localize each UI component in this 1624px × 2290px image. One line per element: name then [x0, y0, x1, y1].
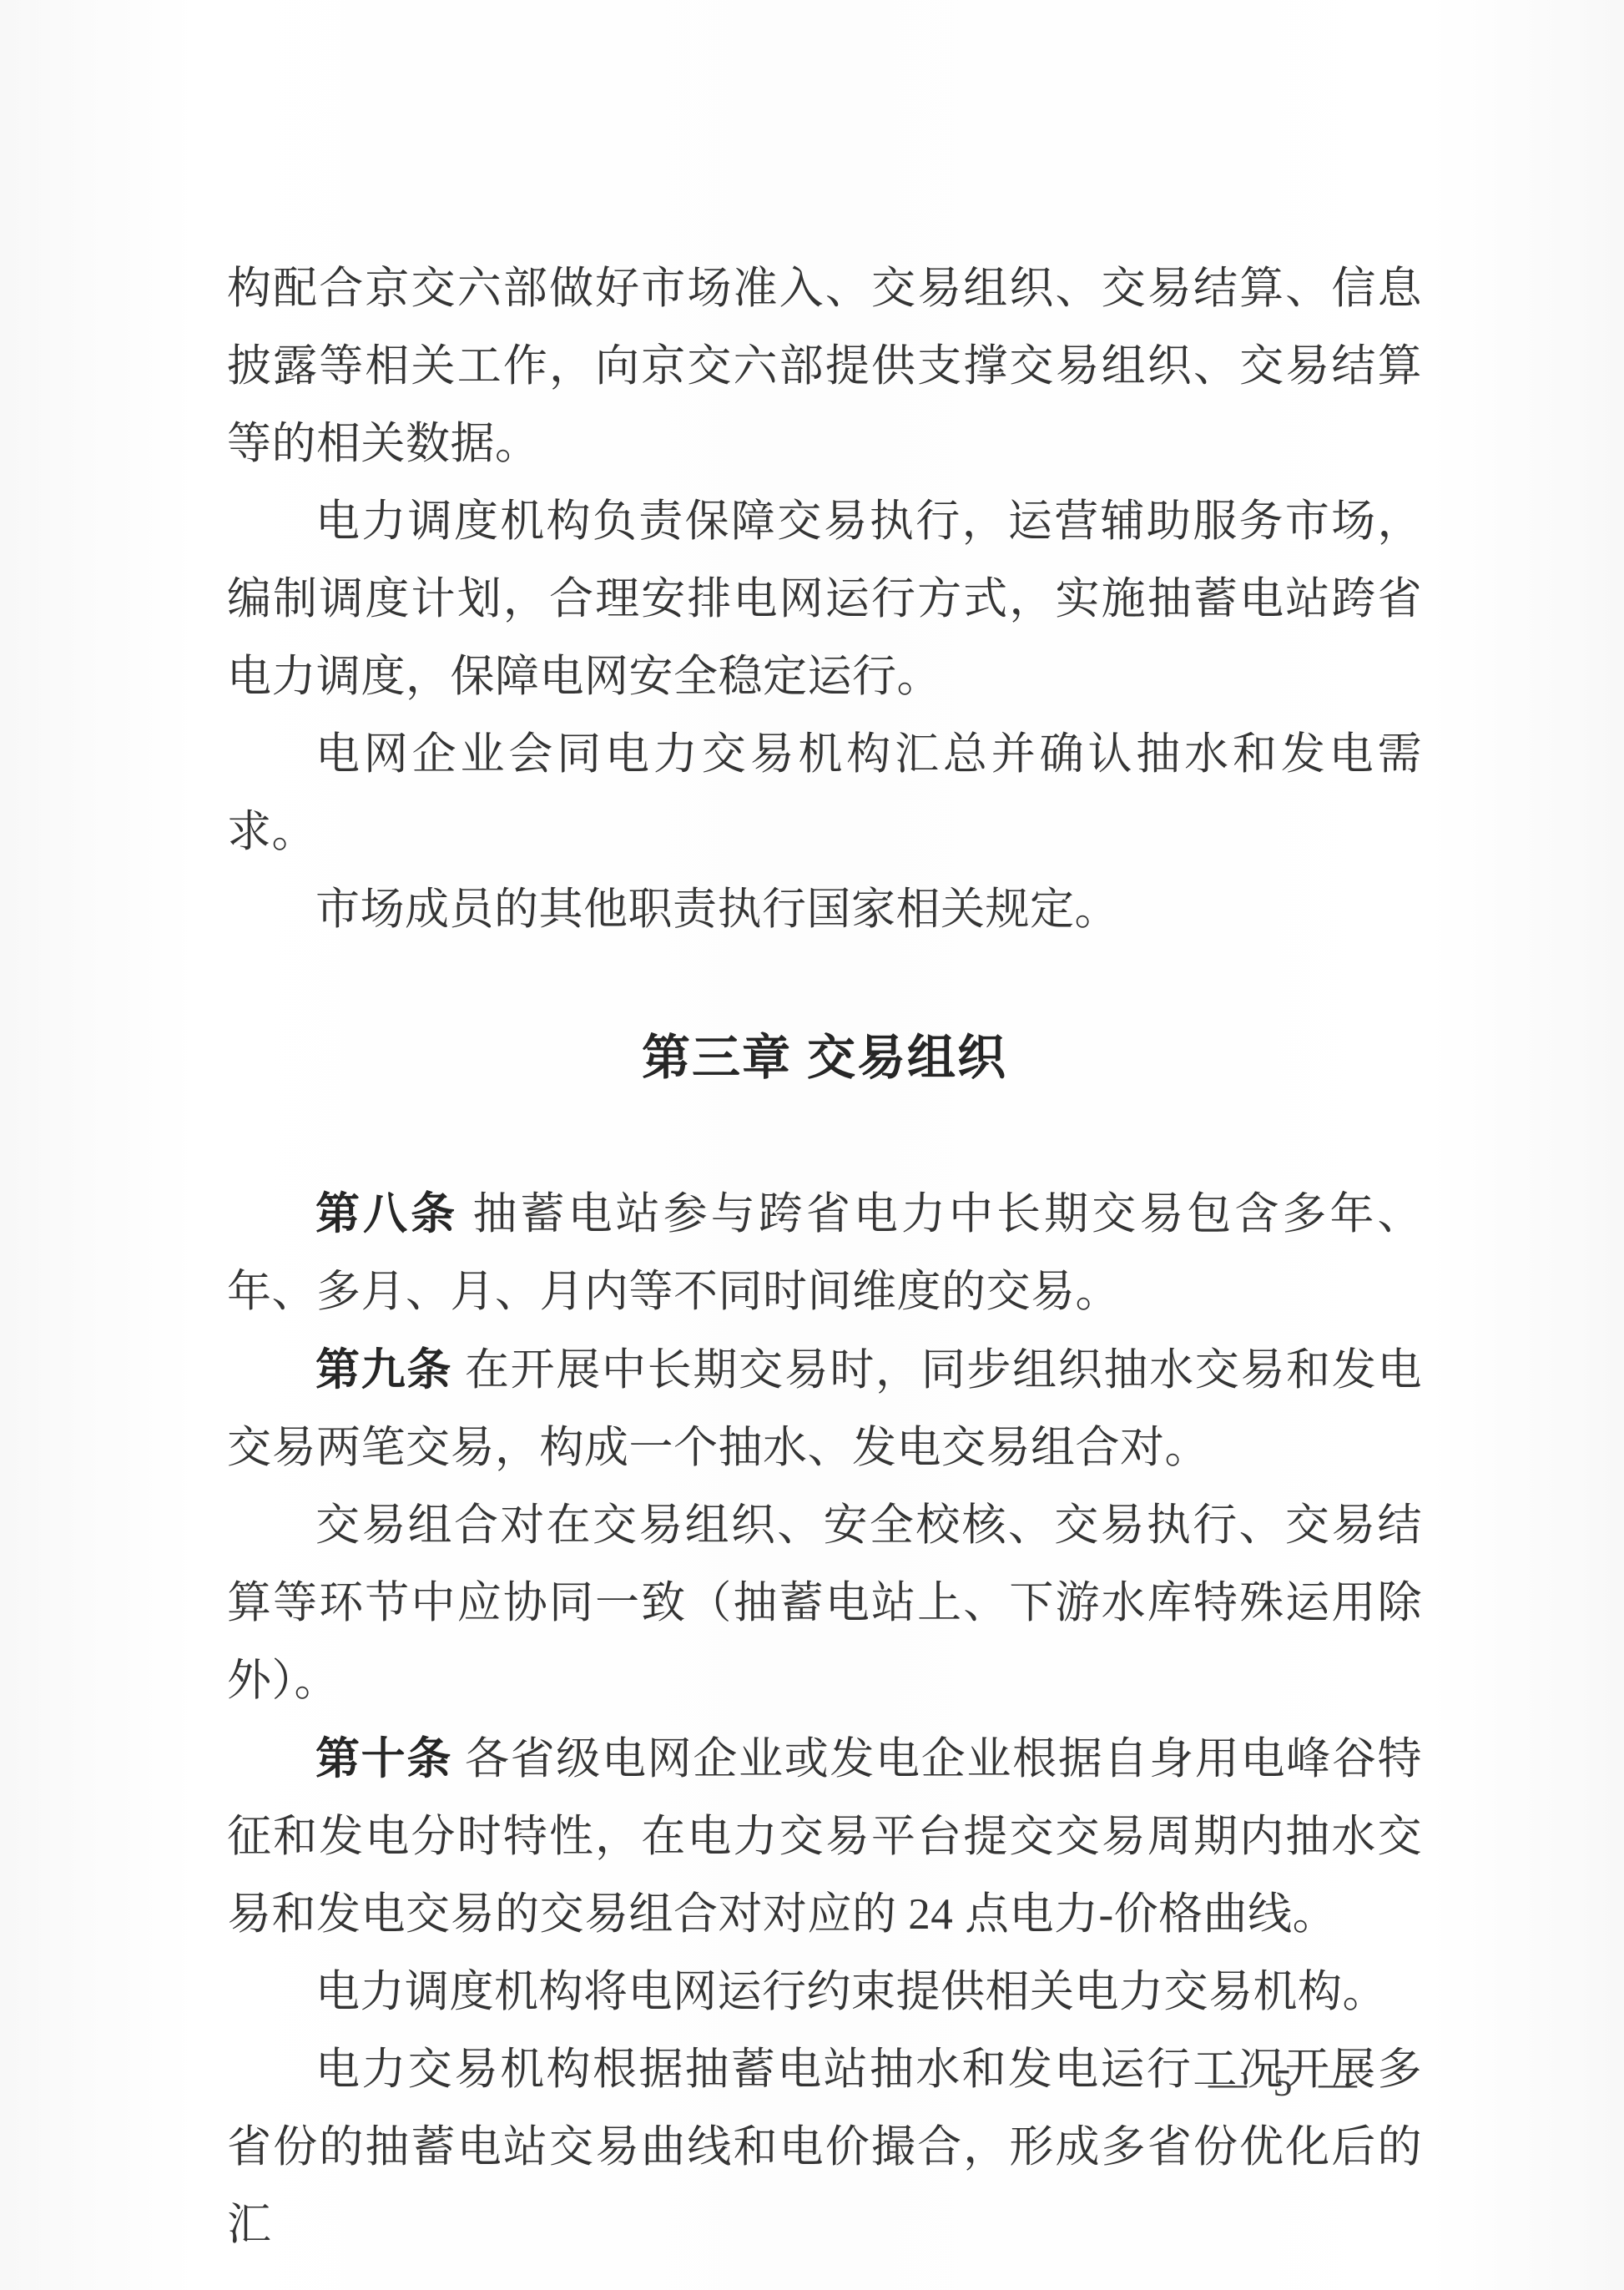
paragraph-text: 电网企业会同电力交易机构汇总并确认抽水和发电需求。 [227, 730, 1422, 856]
paragraph-grid-enterprise-duties: 电网企业会同电力交易机构汇总并确认抽水和发电需求。 [227, 716, 1422, 871]
paragraph-other-member-duties: 市场成员的其他职责执行国家相关规定。 [227, 871, 1422, 949]
paragraph-market-access-continuation: 构配合京交六部做好市场准入、交易组织、交易结算、信息披露等相关工作，向京交六部提… [227, 250, 1422, 483]
paragraph-trade-pair-consistency: 交易组合对在交易组织、安全校核、交易执行、交易结算等环节中应协同一致（抽蓄电站上… [227, 1487, 1422, 1720]
paragraph-grid-constraints: 电力调度机构将电网运行约束提供相关电力交易机构。 [227, 1954, 1422, 2031]
paragraph-text: 电力调度机构负责保障交易执行，运营辅助服务市场，编制调度计划，合理安排电网运行方… [227, 497, 1422, 701]
article-8-paragraph: 第八条 抽蓄电站参与跨省电力中长期交易包含多年、年、多月、月、月内等不同时间维度… [227, 1175, 1422, 1331]
scanned-document-page: 构配合京交六部做好市场准入、交易组织、交易结算、信息披露等相关工作，向京交六部提… [0, 0, 1624, 2290]
article-9-label: 第九条 [315, 1345, 452, 1395]
article-8-label: 第八条 [315, 1189, 458, 1238]
paragraph-text: 电力调度机构将电网运行约束提供相关电力交易机构。 [315, 1968, 1387, 2016]
document-body: 构配合京交六部做好市场准入、交易组织、交易结算、信息披露等相关工作，向京交六部提… [227, 250, 1422, 2264]
article-10-label: 第十条 [315, 1734, 452, 1783]
article-10-paragraph: 第十条 各省级电网企业或发电企业根据自身用电峰谷特征和发电分时特性，在电力交易平… [227, 1720, 1422, 1954]
paragraph-text: 构配合京交六部做好市场准入、交易组织、交易结算、信息披露等相关工作，向京交六部提… [227, 265, 1422, 468]
chapter-3-heading: 第三章 交易组织 [227, 1019, 1422, 1097]
page-number: — 5 — [1208, 2058, 1365, 2108]
paragraph-text: 市场成员的其他职责执行国家相关规定。 [315, 885, 1119, 934]
paragraph-text: 交易组合对在交易组织、安全校核、交易执行、交易结算等环节中应协同一致（抽蓄电站上… [227, 1501, 1422, 1705]
paragraph-dispatch-duties: 电力调度机构负责保障交易执行，运营辅助服务市场，编制调度计划，合理安排电网运行方… [227, 483, 1422, 716]
article-9-paragraph: 第九条 在开展中长期交易时，同步组织抽水交易和发电交易两笔交易，构成一个抽水、发… [227, 1331, 1422, 1487]
